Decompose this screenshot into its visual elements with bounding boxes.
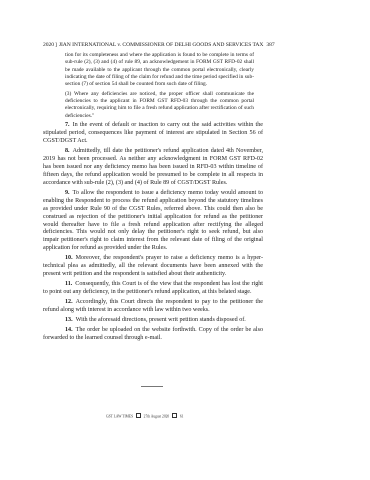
header-left: 2020]JIAN INTERNATIONAL v. COMMISSIONER … [43,41,263,49]
paragraph-9: 9.To allow the respondent to issue a def… [43,190,263,253]
running-header: 2020]JIAN INTERNATIONAL v. COMMISSIONER … [43,41,263,49]
paragraph-text: Accordingly, this Court directs the resp… [43,299,263,313]
paragraph-text: Moreover, the respondent's prayer to rai… [43,255,263,277]
square-bullet-icon [172,413,177,418]
paragraph-number: 10. [65,255,73,261]
paragraph-13: 13.With the aforesaid directions, presen… [43,317,263,325]
quote-paragraph: tion for its completeness and where the … [65,52,254,88]
header-case-title: JIAN INTERNATIONAL v. COMMISSIONER OF DE… [59,42,264,48]
quote-paragraph: (3) Where any deficiencies are noticed, … [65,91,254,120]
paragraph-number: 11. [65,281,72,287]
document-page: 2020]JIAN INTERNATIONAL v. COMMISSIONER … [43,41,263,343]
paragraph-text: Consequently, this Court is of the view … [43,281,263,295]
paragraph-text: With the aforesaid directions, present w… [76,317,246,323]
paragraph-14: 14.The order be uploaded on the website … [43,327,263,343]
paragraph-number: 13. [65,317,73,323]
paragraph-11: 11.Consequently, this Court is of the vi… [43,281,263,297]
end-divider-rule [141,386,163,387]
paragraph-number: 8. [65,148,70,154]
paragraph-text: In the event of default or inaction to c… [43,122,263,144]
paragraph-10: 10.Moreover, the respondent's prayer to … [43,255,263,279]
footer-publication: GST LAW TIMES [106,414,133,418]
paragraph-7: 7.In the event of default or inaction to… [43,122,263,146]
paragraph-text: Admittedly, till date the petitioner's r… [43,148,263,186]
footer-date: 27th August 2020 [144,414,170,418]
paragraph-text: The order be uploaded on the website for… [43,327,263,341]
footer-page: 61 [180,414,184,418]
paragraph-number: 7. [65,122,70,128]
header-bracket: ] [55,42,57,48]
quoted-rule-block: tion for its completeness and where the … [65,52,254,120]
paragraph-number: 14. [65,327,73,333]
header-year: 2020 [43,42,54,48]
paragraph-8: 8.Admittedly, till date the petitioner's… [43,148,263,188]
header-page-number: 387 [266,41,274,49]
paragraph-number: 12. [65,299,73,305]
paragraph-number: 9. [65,190,70,196]
square-bullet-icon [136,413,141,418]
page-footer: GST LAW TIMES27th August 202061 [106,413,183,419]
paragraph-text: To allow the respondent to issue a defic… [43,190,263,251]
paragraph-12: 12.Accordingly, this Court directs the r… [43,299,263,315]
